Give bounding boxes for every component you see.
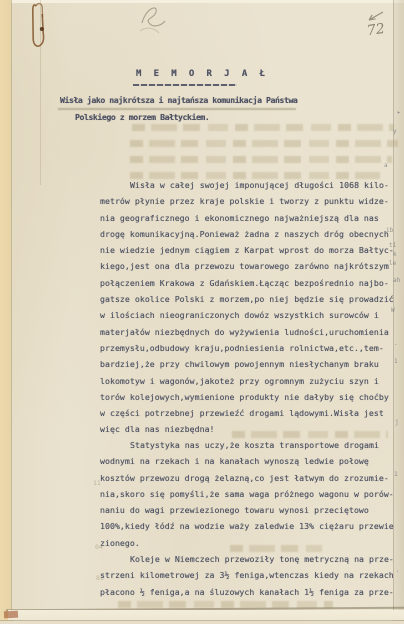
- paperclip-rust-stain: [28, 1, 56, 55]
- text-line: Polskiego z morzem Bałtyckiem.: [75, 109, 297, 126]
- faint-mark: ah: [393, 278, 400, 284]
- bleed-through-line: [130, 156, 392, 163]
- text-line: torów kolejowych,wymienione produkty nie…: [100, 389, 392, 405]
- text-line: Wisła w całej swojej imponującej długośc…: [100, 177, 392, 193]
- text-line: gatsze okolice Polski z morzem,po niej b…: [100, 291, 392, 307]
- bleed-through-line: [130, 140, 398, 147]
- text-line: bardziej,że przy chwilowym powojennym ni…: [100, 356, 392, 372]
- faint-mark: 1: [394, 472, 398, 478]
- pencil-page-number: 72: [366, 21, 386, 39]
- text-line: połączeniem Krakowa z Gdańskiem.Łącząc b…: [100, 275, 392, 291]
- subtitle-underline-bleed: [58, 108, 296, 110]
- text-line: w części potrzebnej przewieźć drogami lą…: [100, 405, 392, 421]
- text-line: wodnymi na rzekach i na kanałach wynoszą…: [100, 453, 392, 469]
- faint-mark: 04: [95, 544, 103, 551]
- text-line: materjałów niezbędnych do wyżywienia lud…: [100, 324, 392, 340]
- text-line: strzeni kilometrowej za 3½ feniga,wtencz…: [100, 567, 392, 583]
- faint-mark: ': [396, 571, 400, 577]
- text-line: Statystyka nas uczy,że koszta transporto…: [100, 437, 392, 453]
- text-line: nia geograficznego i ekonomicznego najwa…: [100, 210, 392, 226]
- faint-mark: W: [391, 308, 395, 314]
- text-line: nie wiedzie jednym ciągiem z Karpat wpro…: [100, 242, 392, 258]
- faint-mark: a: [384, 163, 388, 169]
- underlying-sheet-bottom: [8, 610, 404, 620]
- faint-mark: y: [393, 129, 397, 135]
- page-top-edge: [0, 0, 404, 3]
- faint-mark: ib: [386, 228, 393, 234]
- memo-title: M E M O R J A Ł: [136, 69, 268, 79]
- text-line: Koleje w Niemczech przewoziły tonę metry…: [100, 551, 392, 567]
- text-line: kiego,jest ona dla przewozu towarowego z…: [100, 258, 392, 274]
- text-line: w ilościach nieograniczonych dowóz wszys…: [100, 307, 392, 323]
- text-line: Wisła jako najkrótsza i najtańsza komuni…: [60, 92, 297, 109]
- text-line: lokomotyw i wagonów,jakoteż przy ogromny…: [100, 373, 392, 389]
- faint-mark: ▸: [397, 110, 401, 116]
- underlying-sheet-left-edge: [0, 0, 11, 624]
- text-line: nia,skoro się pomyśli,że sama waga próżn…: [100, 486, 392, 502]
- faint-mark: 81: [96, 575, 104, 582]
- scan-area: 72 M E M O R J A Ł Wisła jako najkrótsza…: [0, 0, 404, 624]
- red-stain-mark: [4, 611, 18, 619]
- scanned-memo-page: { "document": { "title": "M E M O R J A …: [0, 0, 404, 624]
- left-edge-line: [11, 0, 12, 624]
- text-line: metrów płynie przez kraje polskie i twor…: [100, 193, 392, 209]
- faint-mark: 1: [394, 359, 398, 365]
- bleed-through-line: [132, 124, 394, 131]
- faint-mark: .: [394, 341, 398, 347]
- text-line: więc dla nas niezbędna!: [100, 421, 392, 437]
- text-line: zionego.: [100, 535, 392, 551]
- paragraph-3: Koleje w Niemczech przewoziły tonę metry…: [100, 551, 392, 600]
- faint-mark: 11: [93, 480, 101, 487]
- title-underline: [133, 84, 237, 86]
- text-line: płacono ½ feniga,a na śluzowych kanałach…: [100, 584, 392, 600]
- faint-mark: k: [393, 252, 397, 258]
- paragraph-2: Statystyka nas uczy,że koszta transporto…: [100, 437, 392, 551]
- faint-mark: le: [389, 261, 396, 267]
- text-line: drogę komunikacyjną.Ponieważ żadna z nas…: [100, 226, 392, 242]
- faint-mark: j: [395, 420, 399, 426]
- pencil-squiggle-icon: [138, 3, 178, 37]
- text-line: 100%,kiedy łódź na wodzie waży zaledwie …: [100, 518, 392, 534]
- text-line: naniu do wagi przewiezionego towaru wyno…: [100, 502, 392, 518]
- paragraph-1: Wisła w całej swojej imponującej długośc…: [100, 177, 392, 438]
- faint-mark: tí: [389, 243, 396, 249]
- text-line: kosztów przewozu drogą żelazną,co jest ł…: [100, 470, 392, 486]
- text-line: przemysłu,odbudowy kraju,podniesienia ro…: [100, 340, 392, 356]
